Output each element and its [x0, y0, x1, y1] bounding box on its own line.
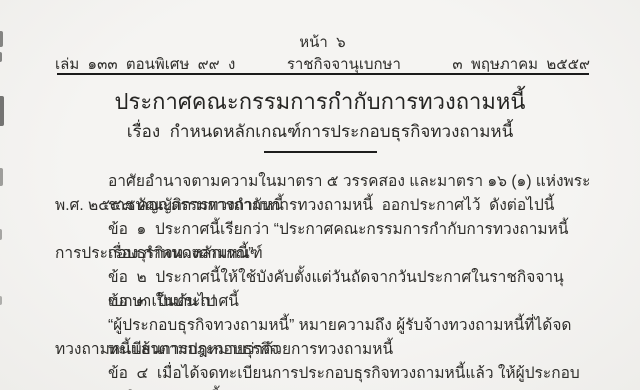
body-line: พ.ศ. ๒๕๕๘ คณะกรรมการกำกับการทวงถามหนี้ อ…	[55, 194, 592, 218]
page-number: หน้า ๖	[55, 30, 590, 54]
body-line: ข้อ ๔ เมื่อได้จดทะเบียนการประกอบธุรกิจทว…	[55, 362, 592, 386]
announcement-subject: เรื่อง กำหนดหลักเกณฑ์การประกอบธุรกิจทวงถ…	[0, 118, 640, 145]
body-line: ข้อ ๑ ประกาศนี้เรียกว่า “ประกาศคณะกรรมกา…	[55, 218, 592, 242]
scan-edge-artifact	[0, 31, 3, 47]
scan-edge-artifact	[0, 296, 2, 305]
announcement-body: อาศัยอำนาจตามความในมาตรา ๕ วรรคสอง และมา…	[55, 170, 592, 386]
body-line: อาศัยอำนาจตามความในมาตรา ๕ วรรคสอง และมา…	[55, 170, 592, 194]
scan-edge-artifact	[0, 168, 3, 186]
body-line: ข้อ ๒ ประกาศนี้ให้ใช้บังคับตั้งแต่วันถัด…	[55, 266, 592, 290]
gazette-page: หน้า ๖ เล่ม ๑๓๓ ตอนพิเศษ ๙๙ ง ราชกิจจานุ…	[0, 0, 640, 390]
body-line: ข้อ ๓ ในประกาศนี้	[55, 290, 592, 314]
scan-edge-artifact	[0, 52, 2, 62]
section-divider	[264, 151, 377, 153]
scan-edge-artifact	[0, 229, 2, 240]
header-rule	[57, 73, 589, 75]
body-line: ทวงถามหนี้แล้วตามกฎหมายว่าด้วยการทวงถามห…	[55, 338, 592, 362]
body-line: “ผู้ประกอบธุรกิจทวงถามหนี้” หมายความถึง …	[55, 314, 592, 338]
announcement-title: ประกาศคณะกรรมการกำกับการทวงถามหนี้	[0, 84, 640, 119]
body-line: การประกอบธุรกิจทวงถามหนี้”	[55, 242, 592, 266]
